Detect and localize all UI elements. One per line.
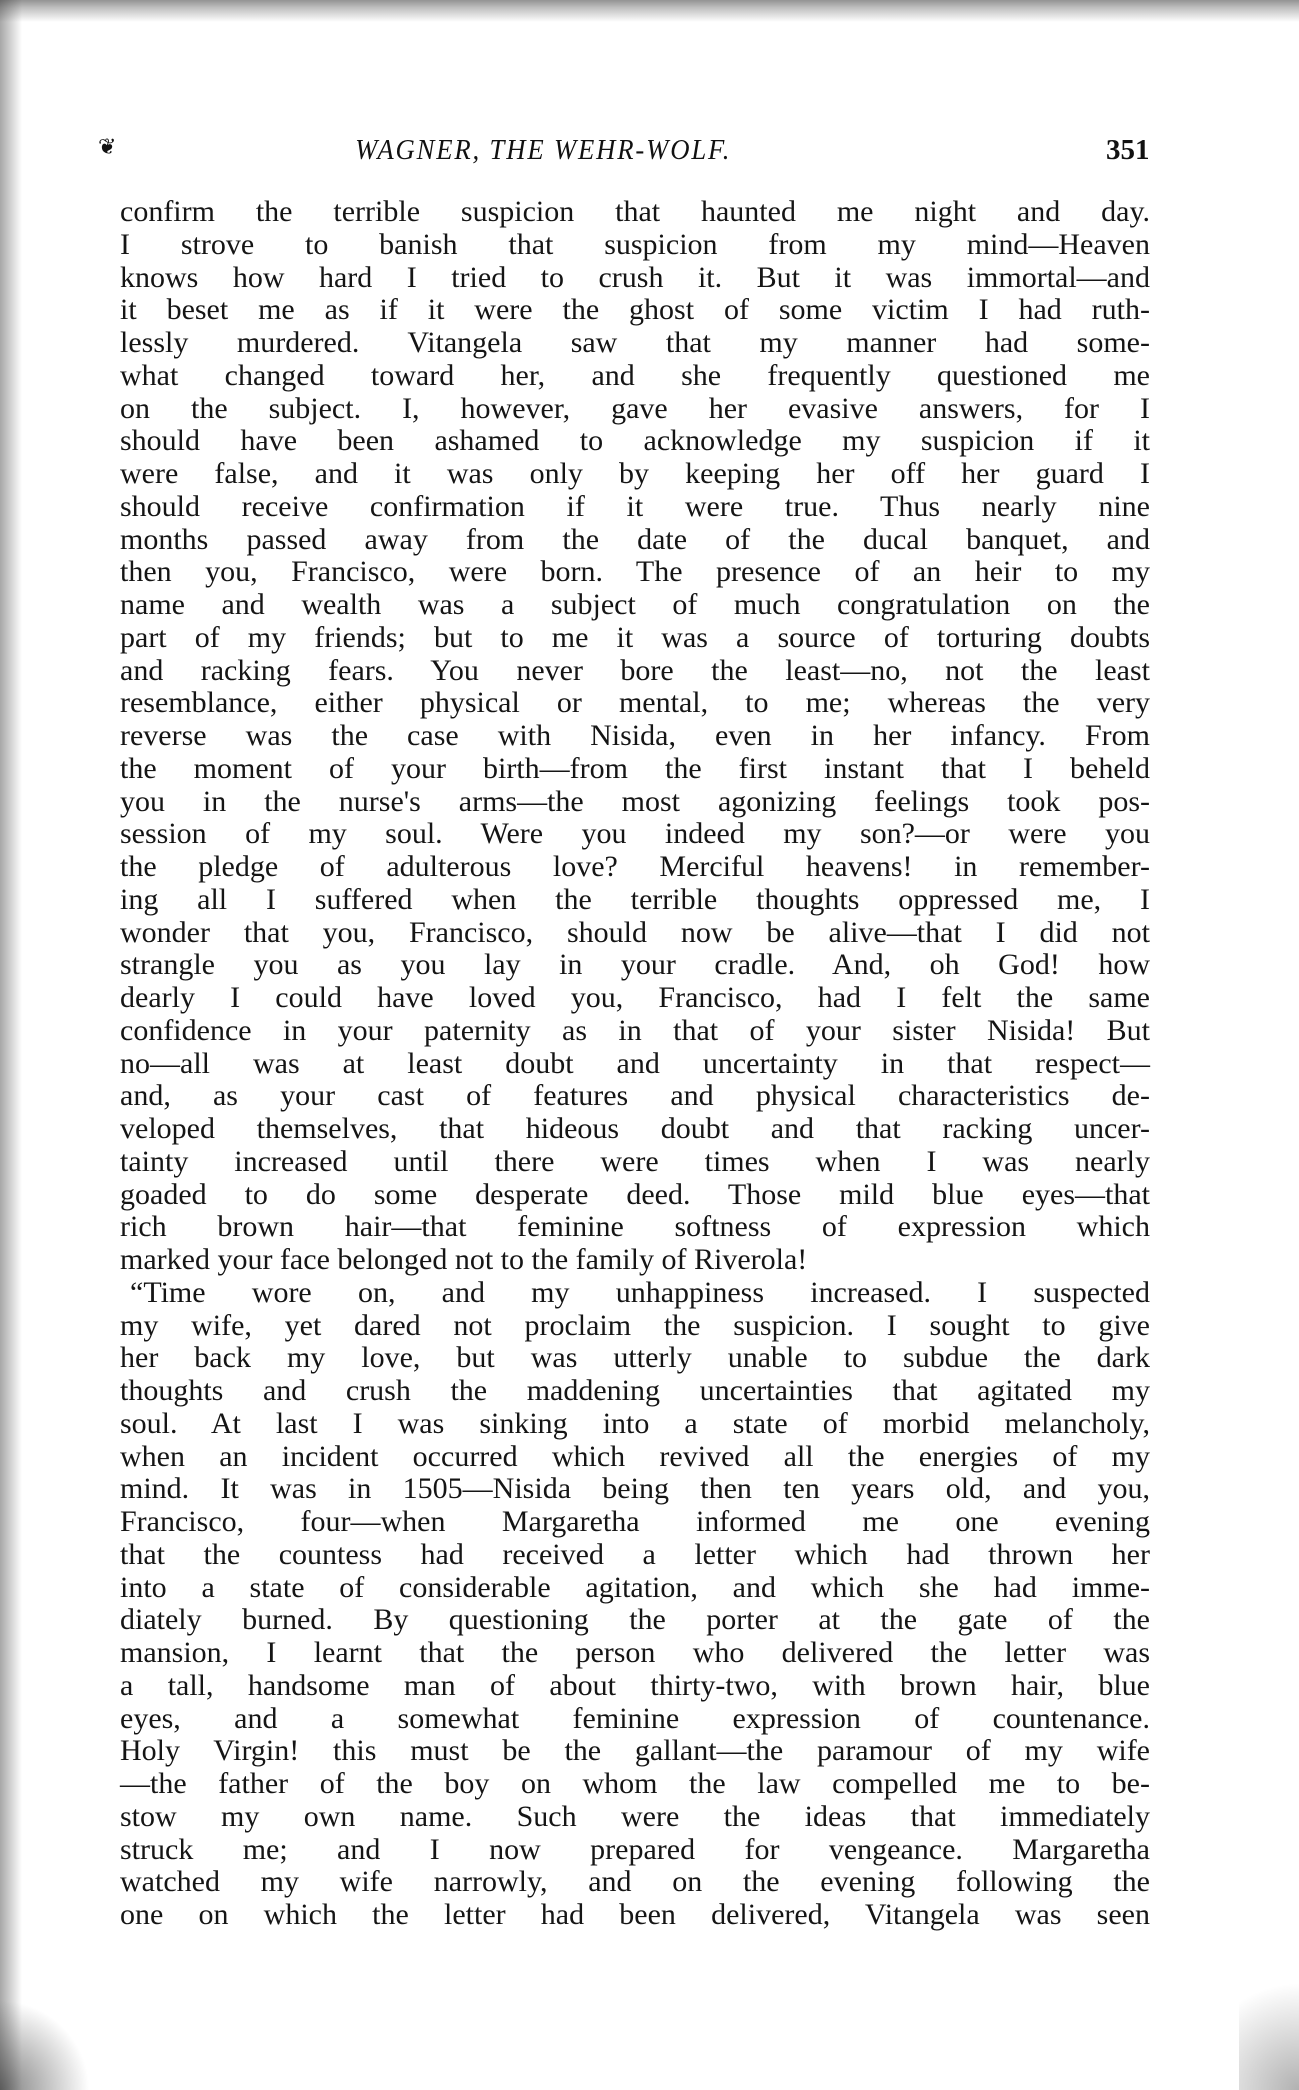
text-line: lessly murdered. Vitangela saw that my m…: [120, 327, 1150, 360]
text-line: then you, Francisco, were born. The pres…: [120, 556, 1150, 589]
text-line: you in the nurse's arms—the most agonizi…: [120, 786, 1150, 819]
page-corner-stain-bottom-right: [1239, 1950, 1299, 2090]
text-line: part of my friends; but to me it was a s…: [120, 622, 1150, 655]
text-line: ing all I suffered when the terrible tho…: [120, 884, 1150, 917]
running-title: WAGNER, THE WEHR-WOLF.: [350, 134, 736, 167]
text-line: it beset me as if it were the ghost of s…: [120, 294, 1150, 327]
text-line: months passed away from the date of the …: [120, 524, 1150, 557]
text-line: knows how hard I tried to crush it. But …: [120, 262, 1150, 295]
text-line: on the subject. I, however, gave her eva…: [120, 393, 1150, 426]
text-line: rich brown hair—that feminine softness o…: [120, 1211, 1150, 1244]
book-page: ❦ WAGNER, THE WEHR-WOLF. 351 confirm the…: [0, 0, 1299, 2090]
text-line: Francisco, four—when Margaretha informed…: [120, 1506, 1150, 1539]
text-line: name and wealth was a subject of much co…: [120, 589, 1150, 622]
text-line: I strove to banish that suspicion from m…: [120, 229, 1150, 262]
text-line: strangle you as you lay in your cradle. …: [120, 949, 1150, 982]
text-line: the moment of your birth—from the first …: [120, 753, 1150, 786]
page-number: 351: [1106, 134, 1150, 167]
text-line: confidence in your paternity as in that …: [120, 1015, 1150, 1048]
text-line: veloped themselves, that hideous doubt a…: [120, 1113, 1150, 1146]
text-line: my wife, yet dared not proclaim the susp…: [120, 1310, 1150, 1343]
text-line: thoughts and crush the maddening uncerta…: [120, 1375, 1150, 1408]
text-line: tainty increased until there were times …: [120, 1146, 1150, 1179]
text-line: that the countess had received a letter …: [120, 1539, 1150, 1572]
text-line: confirm the terrible suspicion that haun…: [120, 196, 1150, 229]
text-line: diately burned. By questioning the porte…: [120, 1604, 1150, 1637]
ink-blot-icon: ❦: [98, 137, 116, 159]
text-line: into a state of considerable agitation, …: [120, 1572, 1150, 1605]
text-line: reverse was the case with Nisida, even i…: [120, 720, 1150, 753]
text-line: eyes, and a somewhat feminine expression…: [120, 1703, 1150, 1736]
text-line: were false, and it was only by keeping h…: [120, 458, 1150, 491]
text-line: struck me; and I now prepared for vengea…: [120, 1834, 1150, 1867]
text-line: “Time wore on, and my unhappiness increa…: [120, 1277, 1150, 1310]
page-corner-stain-bottom-left: [0, 2000, 90, 2090]
text-line: marked your face belonged not to the fam…: [120, 1244, 1150, 1277]
text-line: mansion, I learnt that the person who de…: [120, 1637, 1150, 1670]
text-line: Holy Virgin! this must be the gallant—th…: [120, 1735, 1150, 1768]
text-line: what changed toward her, and she frequen…: [120, 360, 1150, 393]
text-line: and racking fears. You never bore the le…: [120, 655, 1150, 688]
text-line: mind. It was in 1505—Nisida being then t…: [120, 1473, 1150, 1506]
text-line: resemblance, either physical or mental, …: [120, 687, 1150, 720]
text-line: her back my love, but was utterly unable…: [120, 1342, 1150, 1375]
text-line: a tall, handsome man of about thirty-two…: [120, 1670, 1150, 1703]
text-line: session of my soul. Were you indeed my s…: [120, 818, 1150, 851]
text-line: wonder that you, Francisco, should now b…: [120, 917, 1150, 950]
text-line: the pledge of adulterous love? Merciful …: [120, 851, 1150, 884]
body-text: confirm the terrible suspicion that haun…: [120, 196, 1150, 1932]
text-line: should receive confirmation if it were t…: [120, 491, 1150, 524]
text-line: goaded to do some desperate deed. Those …: [120, 1179, 1150, 1212]
text-line: —the father of the boy on whom the law c…: [120, 1768, 1150, 1801]
text-line: should have been ashamed to acknowledge …: [120, 425, 1150, 458]
text-line: watched my wife narrowly, and on the eve…: [120, 1866, 1150, 1899]
text-line: dearly I could have loved you, Francisco…: [120, 982, 1150, 1015]
text-line: when an incident occurred which revived …: [120, 1441, 1150, 1474]
page-edge-shadow-top: [0, 0, 1299, 22]
page-edge-shadow-left: [0, 0, 22, 2090]
text-line: one on which the letter had been deliver…: [120, 1899, 1150, 1932]
text-line: stow my own name. Such were the ideas th…: [120, 1801, 1150, 1834]
text-line: soul. At last I was sinking into a state…: [120, 1408, 1150, 1441]
text-line: no—all was at least doubt and uncertaint…: [120, 1048, 1150, 1081]
text-line: and, as your cast of features and physic…: [120, 1080, 1150, 1113]
